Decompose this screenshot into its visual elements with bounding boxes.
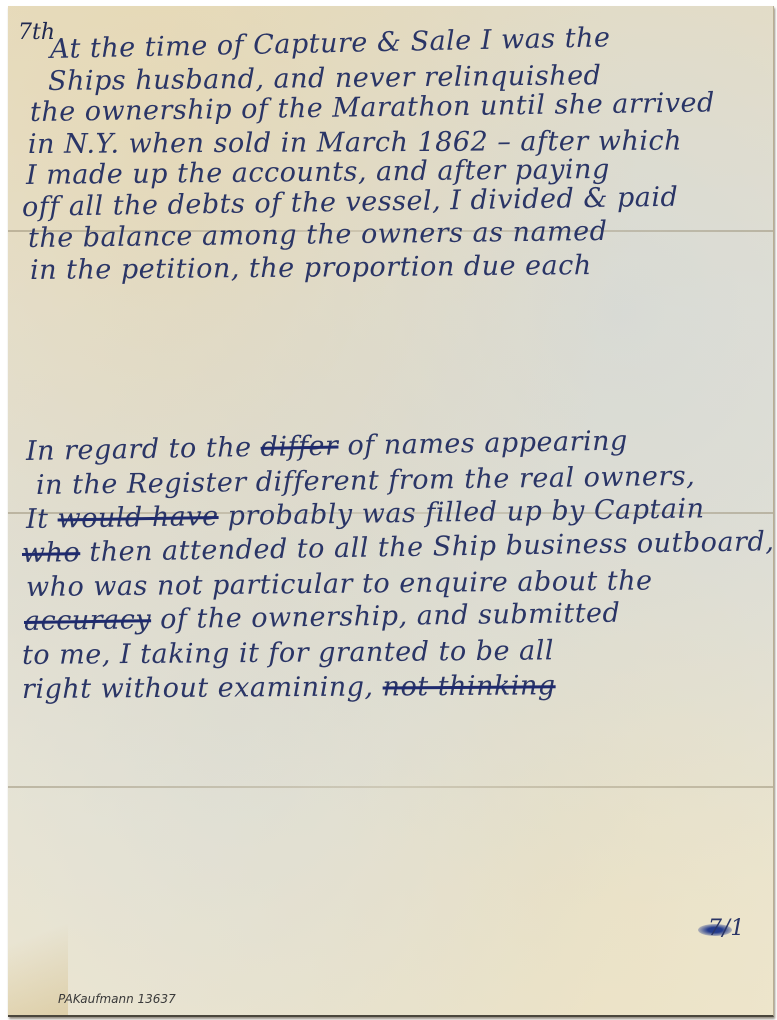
struck-text: accuracy bbox=[24, 604, 152, 637]
paper-fold-line bbox=[8, 786, 773, 788]
struck-text: who bbox=[22, 537, 81, 569]
struck-text: differ bbox=[260, 431, 338, 463]
struck-text: not thinking bbox=[383, 670, 556, 702]
handwritten-line: who was not particular to enquire about … bbox=[26, 565, 653, 603]
struck-text: would have bbox=[57, 501, 218, 535]
marginal-note: 7/1 bbox=[708, 916, 745, 941]
handwritten-line: to me, I taking it for granted to be all bbox=[22, 635, 554, 671]
handwritten-line: in the petition, the proportion due each bbox=[30, 250, 592, 286]
handwritten-line: right without examining, not thinking bbox=[22, 670, 556, 705]
handwritten-line: the balance among the owners as named bbox=[28, 216, 608, 254]
handwritten-line: In regard to the differ of names appeari… bbox=[26, 425, 628, 466]
manuscript-page: 7th At the time of Capture & Sale I was … bbox=[8, 6, 774, 1017]
archive-mark: PAKaufmann 13637 bbox=[58, 992, 176, 1006]
handwritten-line: At the time of Capture & Sale I was the bbox=[50, 22, 611, 65]
handwritten-line: accuracy of the ownership, and submitted bbox=[24, 598, 621, 637]
